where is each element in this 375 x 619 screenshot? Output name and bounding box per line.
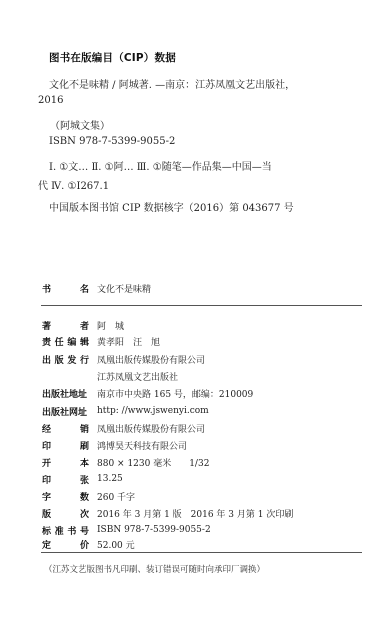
row-label: 定 价 bbox=[42, 538, 89, 551]
colophon-row-isbn: 标 准 书 号 ISBN 978-7-5399-9055-2 bbox=[42, 523, 211, 537]
row-value: 13.25 bbox=[97, 474, 123, 484]
cip-line-isbn: ISBN 978-7-5399-9055-2 bbox=[49, 136, 175, 147]
colophon-row-word-count: 字 数 260 千字 bbox=[42, 489, 135, 503]
row-value: 鸿博昊天科技有限公司 bbox=[97, 439, 187, 452]
row-value: 南京市中央路 165 号，邮编：210009 bbox=[97, 387, 253, 400]
row-value: ISBN 978-7-5399-9055-2 bbox=[97, 525, 211, 535]
divider-bottom bbox=[41, 552, 362, 553]
row-value: 江苏凤凰文艺出版社 bbox=[97, 370, 178, 383]
row-value: 凤凰出版传媒股份有限公司 bbox=[97, 353, 205, 366]
colophon-row-address: 出版社地址 南京市中央路 165 号，邮编：210009 bbox=[42, 386, 253, 400]
row-label: 印 张 bbox=[42, 473, 89, 486]
colophon-row-format: 开 本 880 × 1230 毫米 1/32 bbox=[42, 455, 209, 469]
divider-top bbox=[41, 305, 362, 306]
colophon-row-author: 著 者 阿 城 bbox=[42, 318, 124, 332]
colophon-row-publisher-2: 江苏凤凰文艺出版社 bbox=[42, 369, 178, 383]
row-value: 文化不是味精 bbox=[97, 282, 151, 295]
row-label: 开 本 bbox=[42, 456, 89, 469]
row-label: 出 版 发 行 bbox=[42, 353, 89, 366]
row-label: 出版社网址 bbox=[42, 405, 89, 418]
row-value: 52.00 元 bbox=[97, 538, 135, 551]
colophon-row-price: 定 价 52.00 元 bbox=[42, 537, 135, 551]
colophon-row-editors: 责 任 编 辑 黄孝阳 汪 旭 bbox=[42, 334, 160, 348]
row-label: 字 数 bbox=[42, 490, 89, 503]
colophon-row-sheets: 印 张 13.25 bbox=[42, 472, 123, 486]
colophon-row-publisher: 出 版 发 行 凤凰出版传媒股份有限公司 bbox=[42, 352, 205, 366]
row-value: 260 千字 bbox=[97, 490, 135, 503]
row-label: 责 任 编 辑 bbox=[42, 335, 89, 348]
cip-line-classification: Ⅰ. ①文… Ⅱ. ①阿… Ⅲ. ①随笔—作品集—中国—当 bbox=[49, 158, 272, 173]
colophon-row-book-title: 书 名 文化不是味精 bbox=[42, 281, 151, 295]
row-value: 阿 城 bbox=[97, 319, 124, 332]
colophon-row-website: 出版社网址 http: //www.jswenyi.com bbox=[42, 404, 209, 418]
website-link: http: //www.jswenyi.com bbox=[97, 406, 209, 416]
row-value: 黄孝阳 汪 旭 bbox=[97, 335, 160, 348]
row-value: 880 × 1230 毫米 1/32 bbox=[97, 456, 209, 469]
row-label: 印 刷 bbox=[42, 439, 89, 452]
cip-line-record-number: 中国版本图书馆 CIP 数据核字（2016）第 043677 号 bbox=[49, 199, 294, 214]
cip-line-title-author: 文化不是味精 / 阿城著. —南京：江苏凤凰文艺出版社， bbox=[49, 76, 295, 91]
row-label: 书 名 bbox=[42, 282, 89, 295]
row-label: 标 准 书 号 bbox=[42, 524, 89, 537]
row-label: 经 销 bbox=[42, 422, 89, 435]
row-label: 版 次 bbox=[42, 507, 89, 520]
row-value: 2016 年 3 月第 1 版 2016 年 3 月第 1 次印刷 bbox=[97, 507, 293, 520]
colophon-row-edition: 版 次 2016 年 3 月第 1 版 2016 年 3 月第 1 次印刷 bbox=[42, 506, 293, 520]
cip-line-year: 2016 bbox=[38, 95, 63, 106]
cip-line-series: （阿城文集） bbox=[50, 117, 110, 132]
colophon-row-distributor: 经 销 凤凰出版传媒股份有限公司 bbox=[42, 421, 205, 435]
row-label: 出版社地址 bbox=[42, 387, 89, 400]
row-value: 凤凰出版传媒股份有限公司 bbox=[97, 422, 205, 435]
footer-note: （江苏文艺版图书凡印刷、装订错误可随时向承印厂调换） bbox=[44, 563, 265, 575]
cip-line-classification-cont: 代 Ⅳ. ①I267.1 bbox=[38, 177, 109, 192]
row-label: 著 者 bbox=[42, 319, 89, 332]
cip-title: 图书在版编目（CIP）数据 bbox=[49, 50, 176, 65]
colophon-row-printer: 印 刷 鸿博昊天科技有限公司 bbox=[42, 438, 187, 452]
